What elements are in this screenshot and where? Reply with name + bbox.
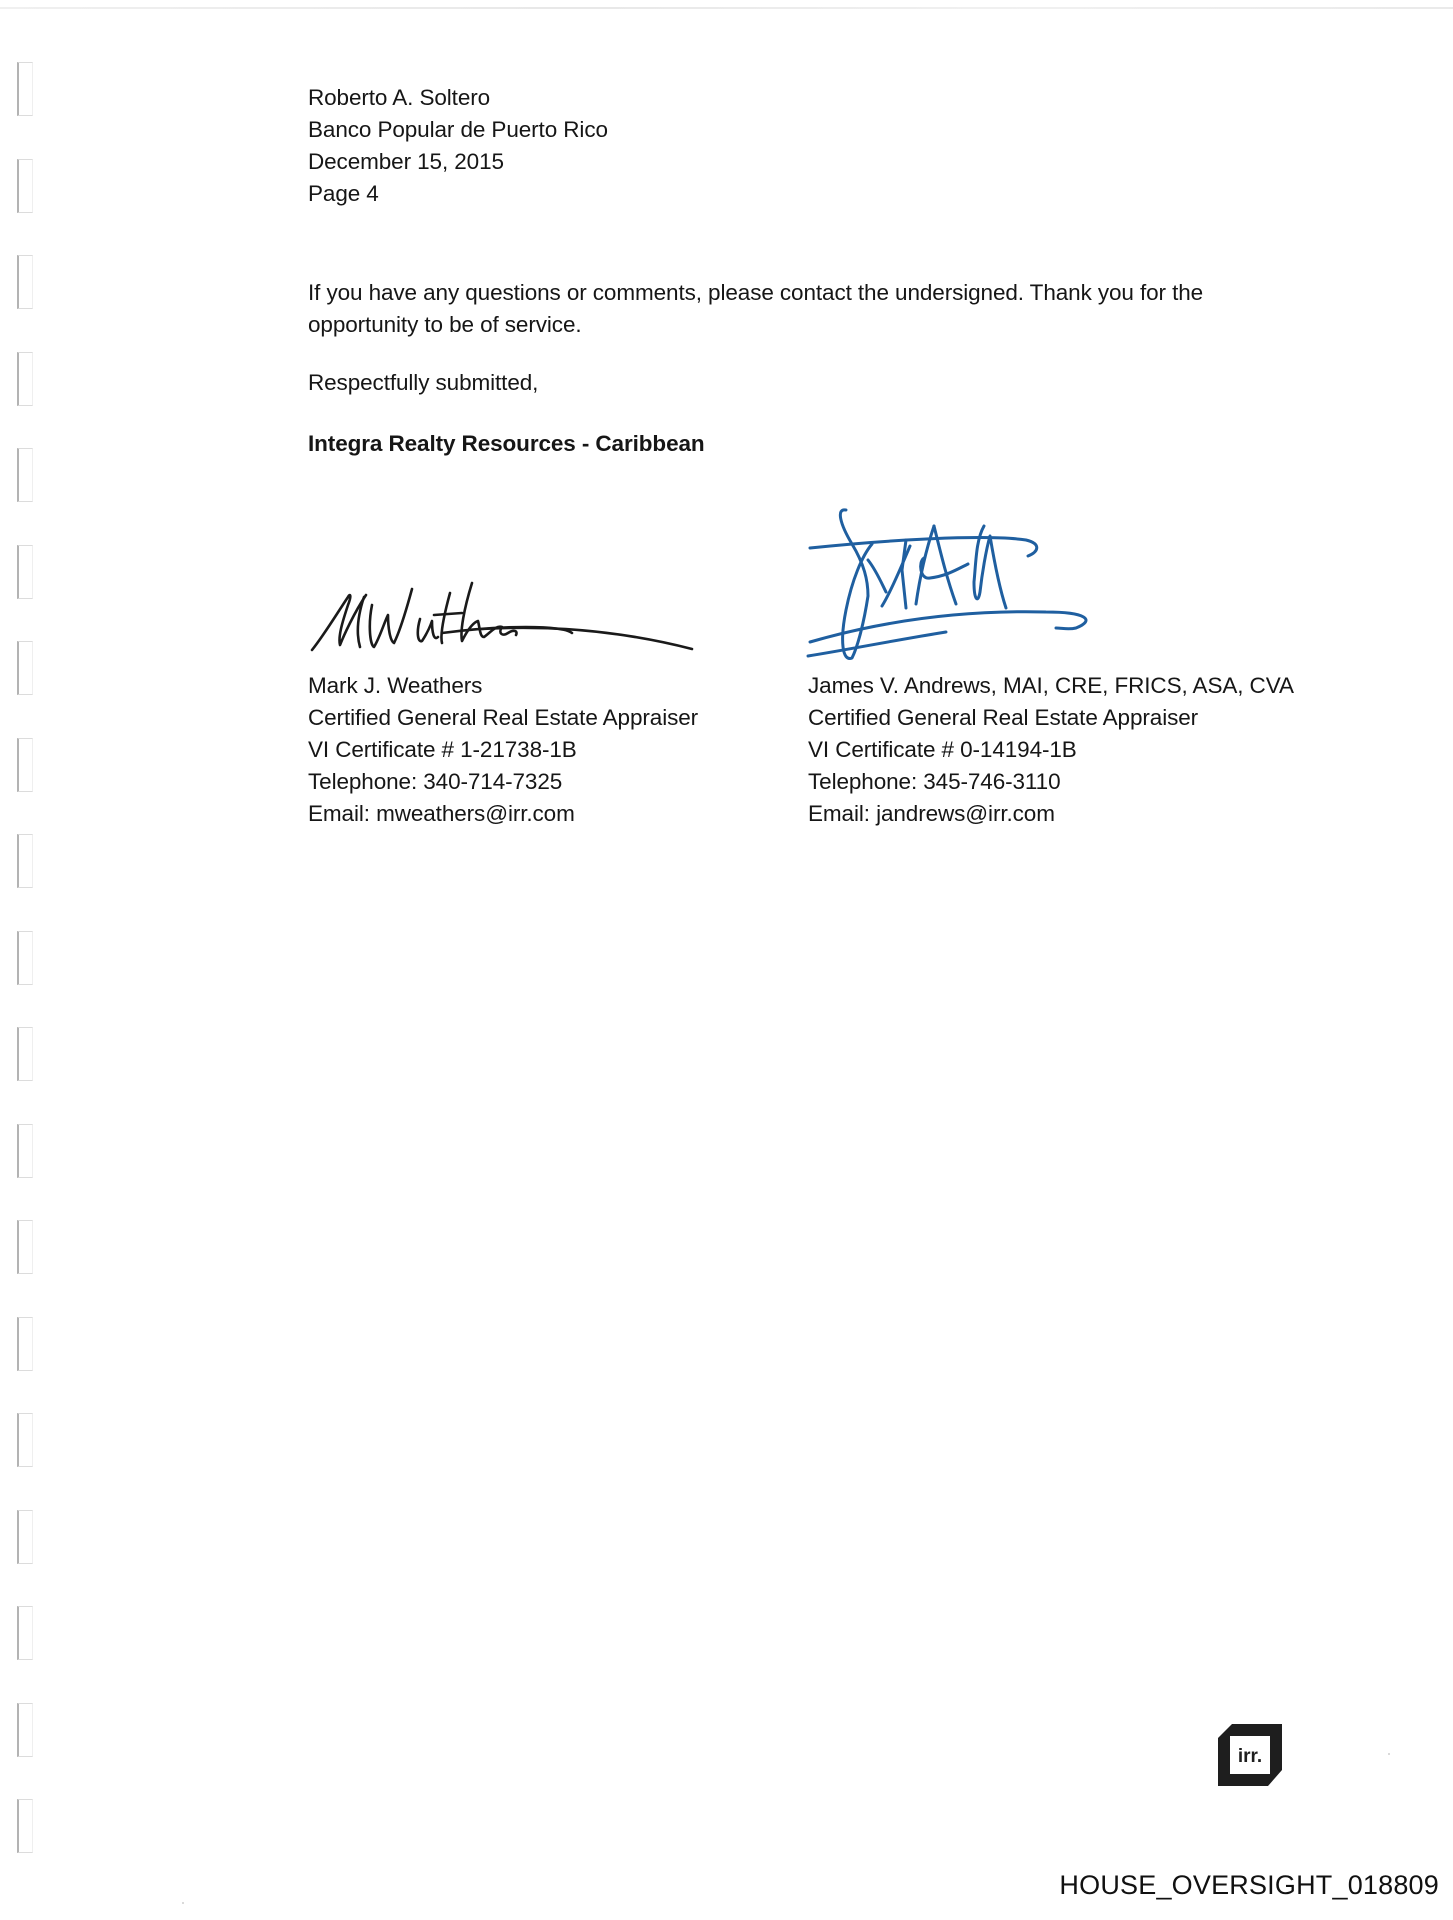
bates-number: HOUSE_OVERSIGHT_018809 bbox=[1059, 1870, 1439, 1901]
binding-mark bbox=[17, 738, 33, 792]
signatory-name: Mark J. Weathers bbox=[308, 670, 698, 702]
letter-date: December 15, 2015 bbox=[308, 146, 608, 178]
recipient-name: Roberto A. Soltero bbox=[308, 82, 608, 114]
binding-mark bbox=[17, 1606, 33, 1660]
binding-mark bbox=[17, 1317, 33, 1371]
signature-andrews-icon bbox=[806, 500, 1106, 670]
binding-mark bbox=[17, 834, 33, 888]
signatory-telephone: Telephone: 345-746-3110 bbox=[808, 766, 1294, 798]
logo-text: irr. bbox=[1238, 1746, 1262, 1767]
scan-speck bbox=[1388, 1753, 1390, 1755]
binding-mark bbox=[17, 1220, 33, 1274]
signatory-email[interactable]: Email: mweathers@irr.com bbox=[308, 798, 698, 830]
binding-mark bbox=[17, 62, 33, 116]
paragraph-line: If you have any questions or comments, p… bbox=[308, 277, 1298, 309]
binding-mark bbox=[17, 641, 33, 695]
irr-logo-icon: irr. bbox=[1218, 1722, 1284, 1788]
scan-speck bbox=[182, 1902, 184, 1904]
signatory-certificate: VI Certificate # 1-21738-1B bbox=[308, 734, 698, 766]
binding-mark bbox=[17, 352, 33, 406]
binding-mark bbox=[17, 1027, 33, 1081]
signatory-title: Certified General Real Estate Appraiser bbox=[808, 702, 1294, 734]
binding-mark bbox=[17, 1799, 33, 1853]
recipient-block: Roberto A. Soltero Banco Popular de Puer… bbox=[308, 82, 608, 210]
closing-paragraph: If you have any questions or comments, p… bbox=[308, 277, 1298, 341]
binding-mark bbox=[17, 1124, 33, 1178]
signatory-certificate: VI Certificate # 0-14194-1B bbox=[808, 734, 1294, 766]
page-number: Page 4 bbox=[308, 178, 608, 210]
signatory-title: Certified General Real Estate Appraiser bbox=[308, 702, 698, 734]
complimentary-close: Respectfully submitted, bbox=[308, 367, 538, 399]
binding-mark bbox=[17, 931, 33, 985]
signatory-name: James V. Andrews, MAI, CRE, FRICS, ASA, … bbox=[808, 670, 1294, 702]
binding-mark bbox=[17, 1510, 33, 1564]
binding-mark bbox=[17, 1413, 33, 1467]
signatory-details: James V. Andrews, MAI, CRE, FRICS, ASA, … bbox=[808, 670, 1294, 830]
scan-top-edge bbox=[0, 7, 1453, 9]
recipient-organization: Banco Popular de Puerto Rico bbox=[308, 114, 608, 146]
paragraph-line: opportunity to be of service. bbox=[308, 309, 1298, 341]
signatory-details: Mark J. Weathers Certified General Real … bbox=[308, 670, 698, 830]
binding-mark bbox=[17, 448, 33, 502]
binding-mark bbox=[17, 545, 33, 599]
signature-weathers-icon bbox=[302, 575, 702, 655]
binding-mark bbox=[17, 159, 33, 213]
company-name: Integra Realty Resources - Caribbean bbox=[308, 428, 705, 460]
signatory-email[interactable]: Email: jandrews@irr.com bbox=[808, 798, 1294, 830]
binding-mark bbox=[17, 255, 33, 309]
binding-mark bbox=[17, 1703, 33, 1757]
binding-marks bbox=[15, 0, 45, 1920]
signatory-telephone: Telephone: 340-714-7325 bbox=[308, 766, 698, 798]
